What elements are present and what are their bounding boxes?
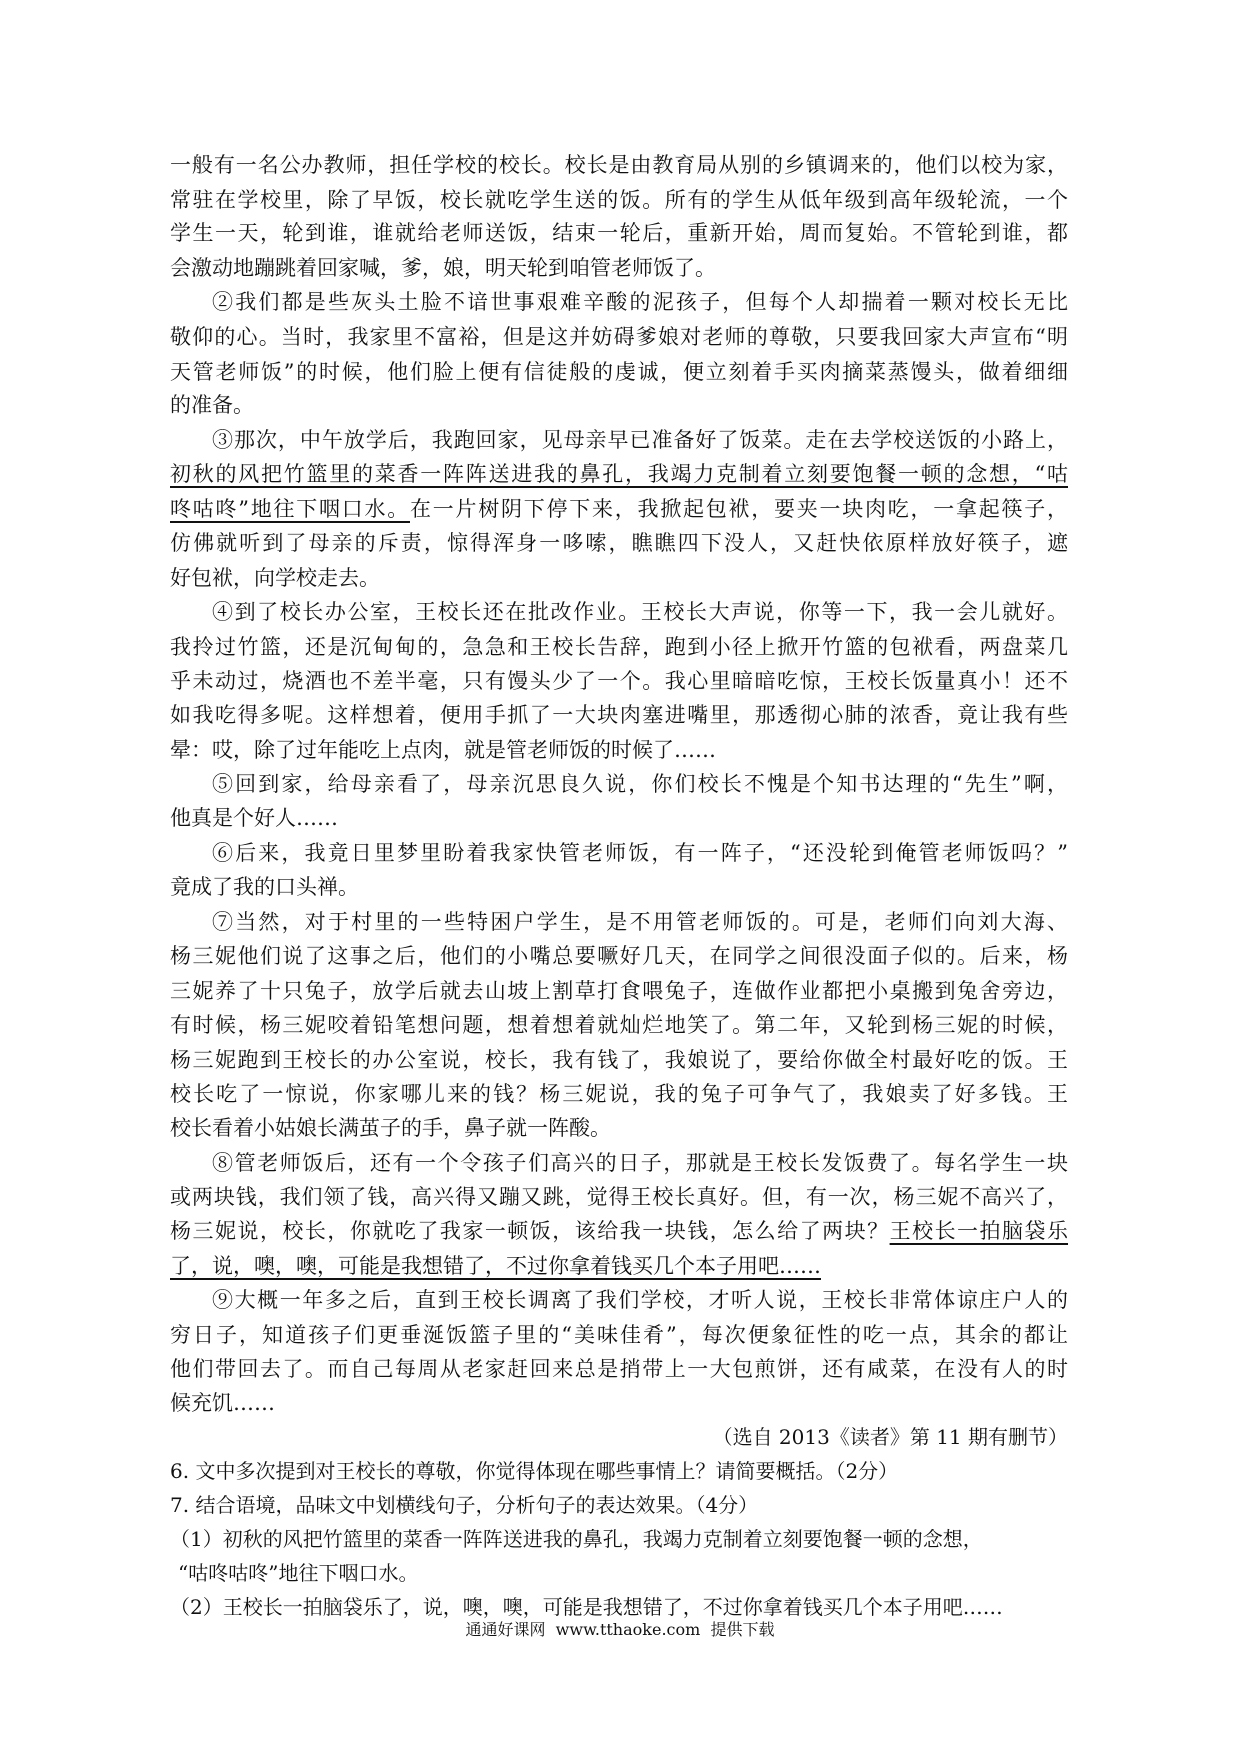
passage-line: ⑧管老师饭后，还有一个令孩子们高兴的日子，那就是王校长发饭费了。每名学生一块 xyxy=(212,1146,1068,1180)
passage-line-underlined: 了，说，噢，噢，可能是我想错了，不过你拿着钱买几个本子用吧…… xyxy=(170,1249,1068,1283)
document-page: 一般有一名公办教师，担任学校的校长。校长是由教育局从别的乡镇调来的，他们以校为家… xyxy=(0,0,1240,1754)
passage-line: 有时候，杨三妮咬着铅笔想问题，想着想着就灿烂地笑了。第二年，又轮到杨三妮的时候， xyxy=(170,1008,1068,1042)
passage-line: ⑨大概一年多之后，直到王校长调离了我们学校，才听人说，王校长非常体谅庄户人的 xyxy=(212,1283,1068,1317)
passage-line: ⑤回到家，给母亲看了，母亲沉思良久说，你们校长不愧是个知书达理的“先生”啊， xyxy=(212,767,1068,801)
underlined-sentence-2: 王校长一拍脑袋乐 xyxy=(890,1219,1068,1243)
passage-line: 他真是个好人…… xyxy=(170,801,1068,835)
passage-line: 咚咕咚”地往下咽口水。在一片树阴下停下来，我掀起包袱，要夹一块肉吃，一拿起筷子， xyxy=(170,492,1068,526)
passage-line: 会激动地蹦跳着回家喊，爹，娘，明天轮到咱管老师饭了。 xyxy=(170,251,1068,285)
passage-line: 校长看着小姑娘长满茧子的手，鼻子就一阵酸。 xyxy=(170,1111,1068,1145)
passage-line: 常驻在学校里，除了早饭，校长就吃学生送的饭。所有的学生从低年级到高年级轮流，一个 xyxy=(170,183,1068,217)
passage-line: 的准备。 xyxy=(170,388,1068,422)
passage-line: 他们带回去了。而自己每周从老家赶回来总是捎带上一大包煎饼，还有咸菜，在没有人的时 xyxy=(170,1352,1068,1386)
question-7-item-1-cont: “咕咚咕咚”地往下咽口水。 xyxy=(178,1556,418,1590)
question-6: 6. 文中多次提到对王校长的尊敬，你觉得体现在哪些事情上？请简要概括。（2分） xyxy=(170,1454,898,1488)
passage-line: 杨三妮跑到王校长的办公室说，校长，我有钱了，我娘说了，要给你做全村最好吃的饭。王 xyxy=(170,1043,1068,1077)
passage-line: 学生一天，轮到谁，谁就给老师送饭，结束一轮后，重新开始，周而复始。不管轮到谁，都 xyxy=(170,216,1068,250)
passage-line: ⑥后来，我竟日里梦里盼着我家快管老师饭，有一阵子，“还没轮到俺管老师饭吗？” xyxy=(212,836,1068,870)
passage-line: 三妮养了十只兔子，放学后就去山坡上割草打食喂兔子，连做作业都把小桌搬到兔舍旁边， xyxy=(170,974,1068,1008)
passage-line: 竟成了我的口头禅。 xyxy=(170,870,1068,904)
passage-line: ②我们都是些灰头土脸不谙世事艰难辛酸的泥孩子，但每个人却揣着一颗对校长无比 xyxy=(212,285,1068,319)
passage-line: 好包袱，向学校走去。 xyxy=(170,561,1068,595)
passage-line: 敬仰的心。当时，我家里不富裕，但是这并妨碍爹娘对老师的尊敬，只要我回家大声宣布“… xyxy=(170,320,1068,354)
passage-line: 我拎过竹篮，还是沉甸甸的，急急和王校长告辞，跑到小径上掀开竹篮的包袱看，两盘菜几 xyxy=(170,630,1068,664)
underlined-sentence-1: 初秋的风把竹篮里的菜香一阵阵送进我的鼻孔，我竭力克制着立刻要饱餐一顿的念想，“咕 xyxy=(170,462,1068,486)
passage-line: 仿佛就听到了母亲的斥责，惊得浑身一哆嗦，瞧瞧四下没人，又赶快依原样放好筷子，遮 xyxy=(170,526,1068,560)
underlined-sentence-2-end: 了，说，噢，噢，可能是我想错了，不过你拿着钱买几个本子用吧…… xyxy=(170,1254,821,1278)
question-7: 7. 结合语境，品味文中划横线句子，分析句子的表达效果。（4分） xyxy=(170,1488,758,1522)
passage-line: 杨三妮说，校长，你就吃了我家一顿饭，该给我一块钱，怎么给了两块？王校长一拍脑袋乐 xyxy=(170,1214,1068,1248)
passage-line: 晕：哎，除了过年能吃上点肉，就是管老师饭的时候了…… xyxy=(170,733,1068,767)
passage-line: 校长吃了一惊说，你家哪儿来的钱？杨三妮说，我的兔子可争气了，我娘卖了好多钱。王 xyxy=(170,1077,1068,1111)
passage-line: 杨三妮他们说了这事之后，他们的小嘴总要噘好几天，在同学之间很没面子似的。后来，杨 xyxy=(170,939,1068,973)
passage-line-underlined: 初秋的风把竹篮里的菜香一阵阵送进我的鼻孔，我竭力克制着立刻要饱餐一顿的念想，“咕 xyxy=(170,457,1068,491)
passage-line: 乎未动过，烧酒也不差半毫，只有馒头少了一个。我心里暗暗吃惊，王校长饭量真小！还不 xyxy=(170,664,1068,698)
passage-line: 或两块钱，我们领了钱，高兴得又蹦又跳，觉得王校长真好。但，有一次，杨三妮不高兴了… xyxy=(170,1180,1068,1214)
passage-text: 在一片树阴下停下来，我掀起包袱，要夹一块肉吃，一拿起筷子， xyxy=(410,497,1068,521)
page-footer: 通通好课网 www.tthaoke.com 提供下载 xyxy=(0,1618,1240,1642)
passage-text: 杨三妮说，校长，你就吃了我家一顿饭，该给我一块钱，怎么给了两块？ xyxy=(170,1219,890,1243)
source-citation: （选自 2013《读者》第 11 期有删节） xyxy=(713,1420,1068,1454)
passage-line: ③那次，中午放学后，我跑回家，见母亲早已准备好了饭菜。走在去学校送饭的小路上， xyxy=(212,423,1068,457)
passage-line: 候充饥…… xyxy=(170,1386,1068,1420)
passage-line: 一般有一名公办教师，担任学校的校长。校长是由教育局从别的乡镇调来的，他们以校为家… xyxy=(170,148,1068,182)
passage-line: ⑦当然，对于村里的一些特困户学生，是不用管老师饭的。可是，老师们向刘大海、 xyxy=(212,905,1068,939)
question-7-item-1: （1）初秋的风把竹篮里的菜香一阵阵送进我的鼻孔，我竭力克制着立刻要饱餐一顿的念想… xyxy=(170,1522,983,1556)
passage-line: 穷日子，知道孩子们更垂涎饭篮子里的“美味佳肴”，每次便象征性的吃一点，其余的都让 xyxy=(170,1318,1068,1352)
underlined-sentence-1-end: 咚咕咚”地往下咽口水。 xyxy=(170,497,410,521)
passage-line: 天管老师饭”的时候，他们脸上便有信徒般的虔诚，便立刻着手买肉摘菜蒸馒头，做着细细 xyxy=(170,355,1068,389)
passage-line: 如我吃得多呢。这样想着，便用手抓了一大块肉塞进嘴里，那透彻心肺的浓香，竟让我有些 xyxy=(170,698,1068,732)
passage-line: ④到了校长办公室，王校长还在批改作业。王校长大声说，你等一下，我一会儿就好。 xyxy=(212,595,1068,629)
